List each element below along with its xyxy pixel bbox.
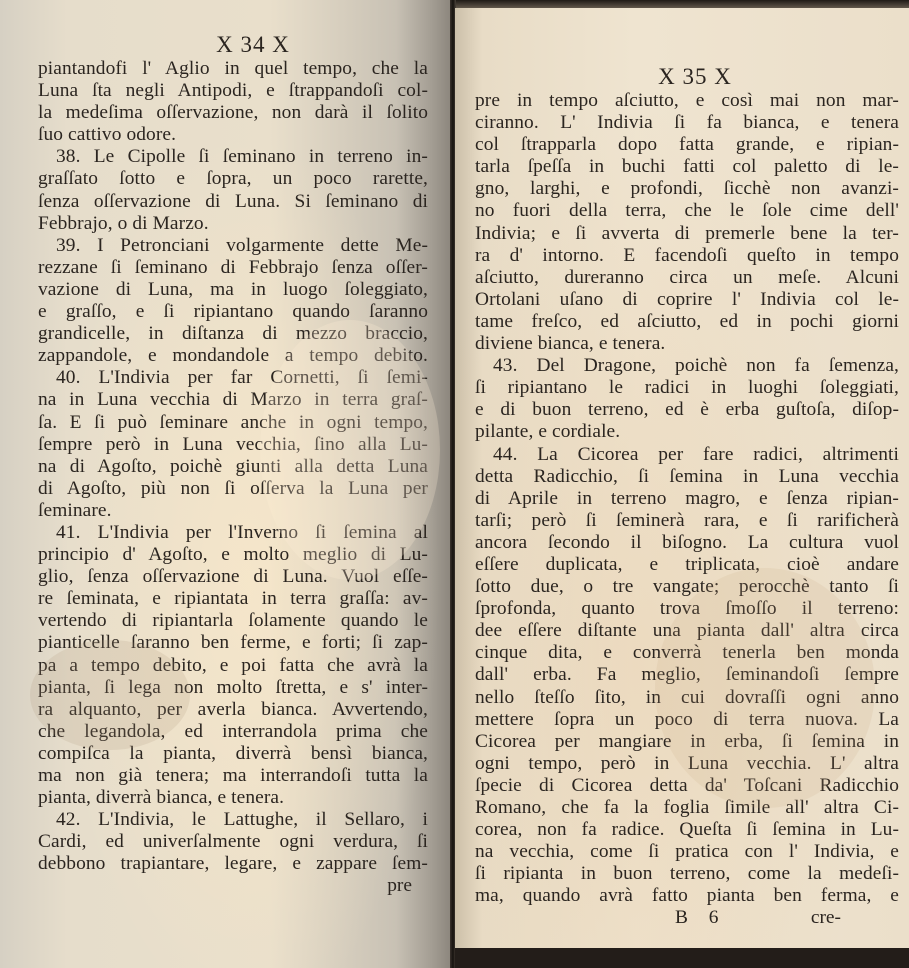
text-line: nello ſteſſo ſito, in cui dovraſſi ogni … [475, 687, 899, 709]
text-line: ciranno. L' Indivia ſi fa bianca, e tene… [475, 112, 899, 134]
text-line: ma non già tenera; ma interrandoſi tutta… [38, 765, 428, 787]
text-line: Romano, che fa la foglia ſimile all' alt… [475, 797, 899, 819]
text-line: debbono trapiantare, legare, e zappare ſ… [38, 853, 428, 875]
text-line: pre in tempo aſciutto, e così mai non ma… [475, 90, 899, 112]
text-line: dall' erba. Fa meglio, ſeminandoſi ſempr… [475, 664, 899, 686]
text-line: la medeſima oſſervazione, non darà il ſo… [38, 102, 428, 124]
text-line: di Agoſto, più non ſi oſſerva la Luna pe… [38, 478, 428, 500]
text-line: ra alquanto, per averla bianca. Avverten… [38, 699, 428, 721]
signature-mark: B 6 [675, 907, 726, 929]
text-line: ſuo cattivo odore. [38, 124, 428, 146]
text-line: 40. L'Indivia per far Cornetti, ſi ſemi- [38, 367, 428, 389]
text-line: che legandola, ed interrandola prima che [38, 721, 428, 743]
text-line: eſſere duplicata, e triplicata, cioè and… [475, 554, 899, 576]
text-line: corea, non fa radice. Queſta ſi ſemina i… [475, 819, 899, 841]
text-line: ra d' intorno. E facendoſi queſto in tem… [475, 245, 899, 267]
left-page-text: piantandofi l' Aglio in quel tempo, che … [38, 58, 428, 875]
text-line: pilante, e cordiale. [475, 421, 899, 443]
text-line: ogni tempo, però in Luna vecchia. L' alt… [475, 753, 899, 775]
text-line: aſciutto, dureranno circa un meſe. Alcun… [475, 267, 899, 289]
text-line: cinque dita, e converrà tenerla ben mond… [475, 642, 899, 664]
text-line: ma, quando avrà fatto pianta ben ferma, … [475, 885, 899, 907]
text-line: Ortolani uſano di coprire l' Indivia col… [475, 289, 899, 311]
text-line: pianta, ſi lega non molto ſtretta, e s' … [38, 677, 428, 699]
right-page: X 35 X pre in tempo aſciutto, e così mai… [455, 8, 909, 950]
text-line: compiſca la pianta, diverrà bensì bianca… [38, 743, 428, 765]
text-line: gno, larghi, e profondi, ſicchè non avan… [475, 178, 899, 200]
text-line: Cicorea per mangiare in erba, ſi ſemina … [475, 731, 899, 753]
text-line: glio, ſenza oſſervazione di Luna. Vuol e… [38, 566, 428, 588]
text-line: 44. La Cicorea per fare radici, altrimen… [475, 444, 899, 466]
text-line: diviene bianca, e tenera. [475, 333, 899, 355]
catchword: pre [387, 875, 412, 897]
text-line: na in Luna vecchia di Marzo in terra gra… [38, 389, 428, 411]
text-line: ſeminare. [38, 500, 428, 522]
text-line: Cardi, ed univerſalmente ogni verdura, ſ… [38, 831, 428, 853]
text-line: ſprofonda, quanto trova ſmoſſo il terren… [475, 598, 899, 620]
text-line: tarla ſpeſſa in buchi fatti col paletto … [475, 156, 899, 178]
text-line: Luna ſta negli Antipodi, e ſtrappandoſi … [38, 80, 428, 102]
text-line: tarſi; però ſi ſeminerà rara, e ſi rarif… [475, 510, 899, 532]
page-number-header: X 34 X [38, 34, 428, 56]
page-number-header: X 35 X [625, 66, 765, 88]
text-line: 39. I Petronciani volgarmente dette Me- [38, 235, 428, 257]
text-line: e di buon terreno, ed è erba guſtoſa, di… [475, 399, 899, 421]
text-line: no fuori della terra, che le ſole cime d… [475, 200, 899, 222]
text-line: principio d' Agoſto, e molto meglio di L… [38, 544, 428, 566]
left-page-footer: pre [38, 875, 428, 897]
text-line: pianta, diverrà bianca, e tenera. [38, 787, 428, 809]
text-line: na di Agoſto, poichè giunti alla detta L… [38, 456, 428, 478]
text-line: 38. Le Cipolle ſi ſeminano in terreno in… [38, 146, 428, 168]
text-line: 42. L'Indivia, le Lattughe, il Sellaro, … [38, 809, 428, 831]
text-line: re ſeminata, e ripiantata in terra graſſ… [38, 588, 428, 610]
page-bottom-shadow [455, 948, 909, 968]
text-line: grandicelle, in diſtanza di mezzo bracci… [38, 323, 428, 345]
text-line: 43. Del Dragone, poichè non fa ſemenza, [475, 355, 899, 377]
text-line: ſa. E ſi può ſeminare anche in ogni temp… [38, 412, 428, 434]
text-line: mettere ſopra un poco di terra nuova. La [475, 709, 899, 731]
text-line: ſotto due, o tre vangate; perocchè tanto… [475, 576, 899, 598]
text-line: Indivia; e ſi avverta di premerle bene l… [475, 223, 899, 245]
text-line: col ſtrapparla dopo fatta grande, e ripi… [475, 134, 899, 156]
text-line: pianticelle ſaranno ben ferme, e forti; … [38, 632, 428, 654]
text-line: dee eſſere diſtante una pianta dall' alt… [475, 620, 899, 642]
text-line: Febbrajo, o di Marzo. [38, 213, 428, 235]
text-line: ſpecie di Cicorea detta da' Toſcani Radi… [475, 775, 899, 797]
text-line: ſempre però in Luna vecchia, ſino alla L… [38, 434, 428, 456]
catchword: cre- [811, 907, 841, 929]
left-page: X 34 X piantandofi l' Aglio in quel temp… [0, 0, 450, 968]
right-page-text: pre in tempo aſciutto, e così mai non ma… [475, 90, 899, 907]
book-spread: X 34 X piantandofi l' Aglio in quel temp… [0, 0, 909, 968]
text-line: detta Radicchio, ſi ſemina in Luna vecch… [475, 466, 899, 488]
text-line: e graſſo, e ſi ripiantano quando ſaranno [38, 301, 428, 323]
text-line: ſi ripianta in buon terreno, come la med… [475, 863, 899, 885]
text-line: ſi ripiantano le radici in luoghi ſolegg… [475, 377, 899, 399]
text-line: piantandofi l' Aglio in quel tempo, che … [38, 58, 428, 80]
text-line: vazione di Luna, ma in luogo ſoleggiato, [38, 279, 428, 301]
text-line: rezzane ſi ſeminano di Febbrajo ſenza oſ… [38, 257, 428, 279]
text-line: na vecchia, come ſi pratica con l' Indiv… [475, 841, 899, 863]
text-line: pa a tempo debito, e poi fatta che avrà … [38, 655, 428, 677]
text-line: graſſato ſotto e ſopra, un poco rarette, [38, 168, 428, 190]
text-line: zappandole, e mondandole a tempo debito. [38, 345, 428, 367]
text-line: tame freſco, ed aſciutto, ed in pochi gi… [475, 311, 899, 333]
text-line: ſenza oſſervazione di Luna. Si ſeminano … [38, 191, 428, 213]
text-line: 41. L'Indivia per l'Inverno ſi ſemina al [38, 522, 428, 544]
right-page-footer: B 6 cre- [475, 907, 899, 929]
text-line: ancora ſecondo il biſogno. La cultura vu… [475, 532, 899, 554]
text-line: di Aprile in terreno magro, e ſenza ripi… [475, 488, 899, 510]
text-line: vertendo di ripiantarla ſolamente quando… [38, 610, 428, 632]
